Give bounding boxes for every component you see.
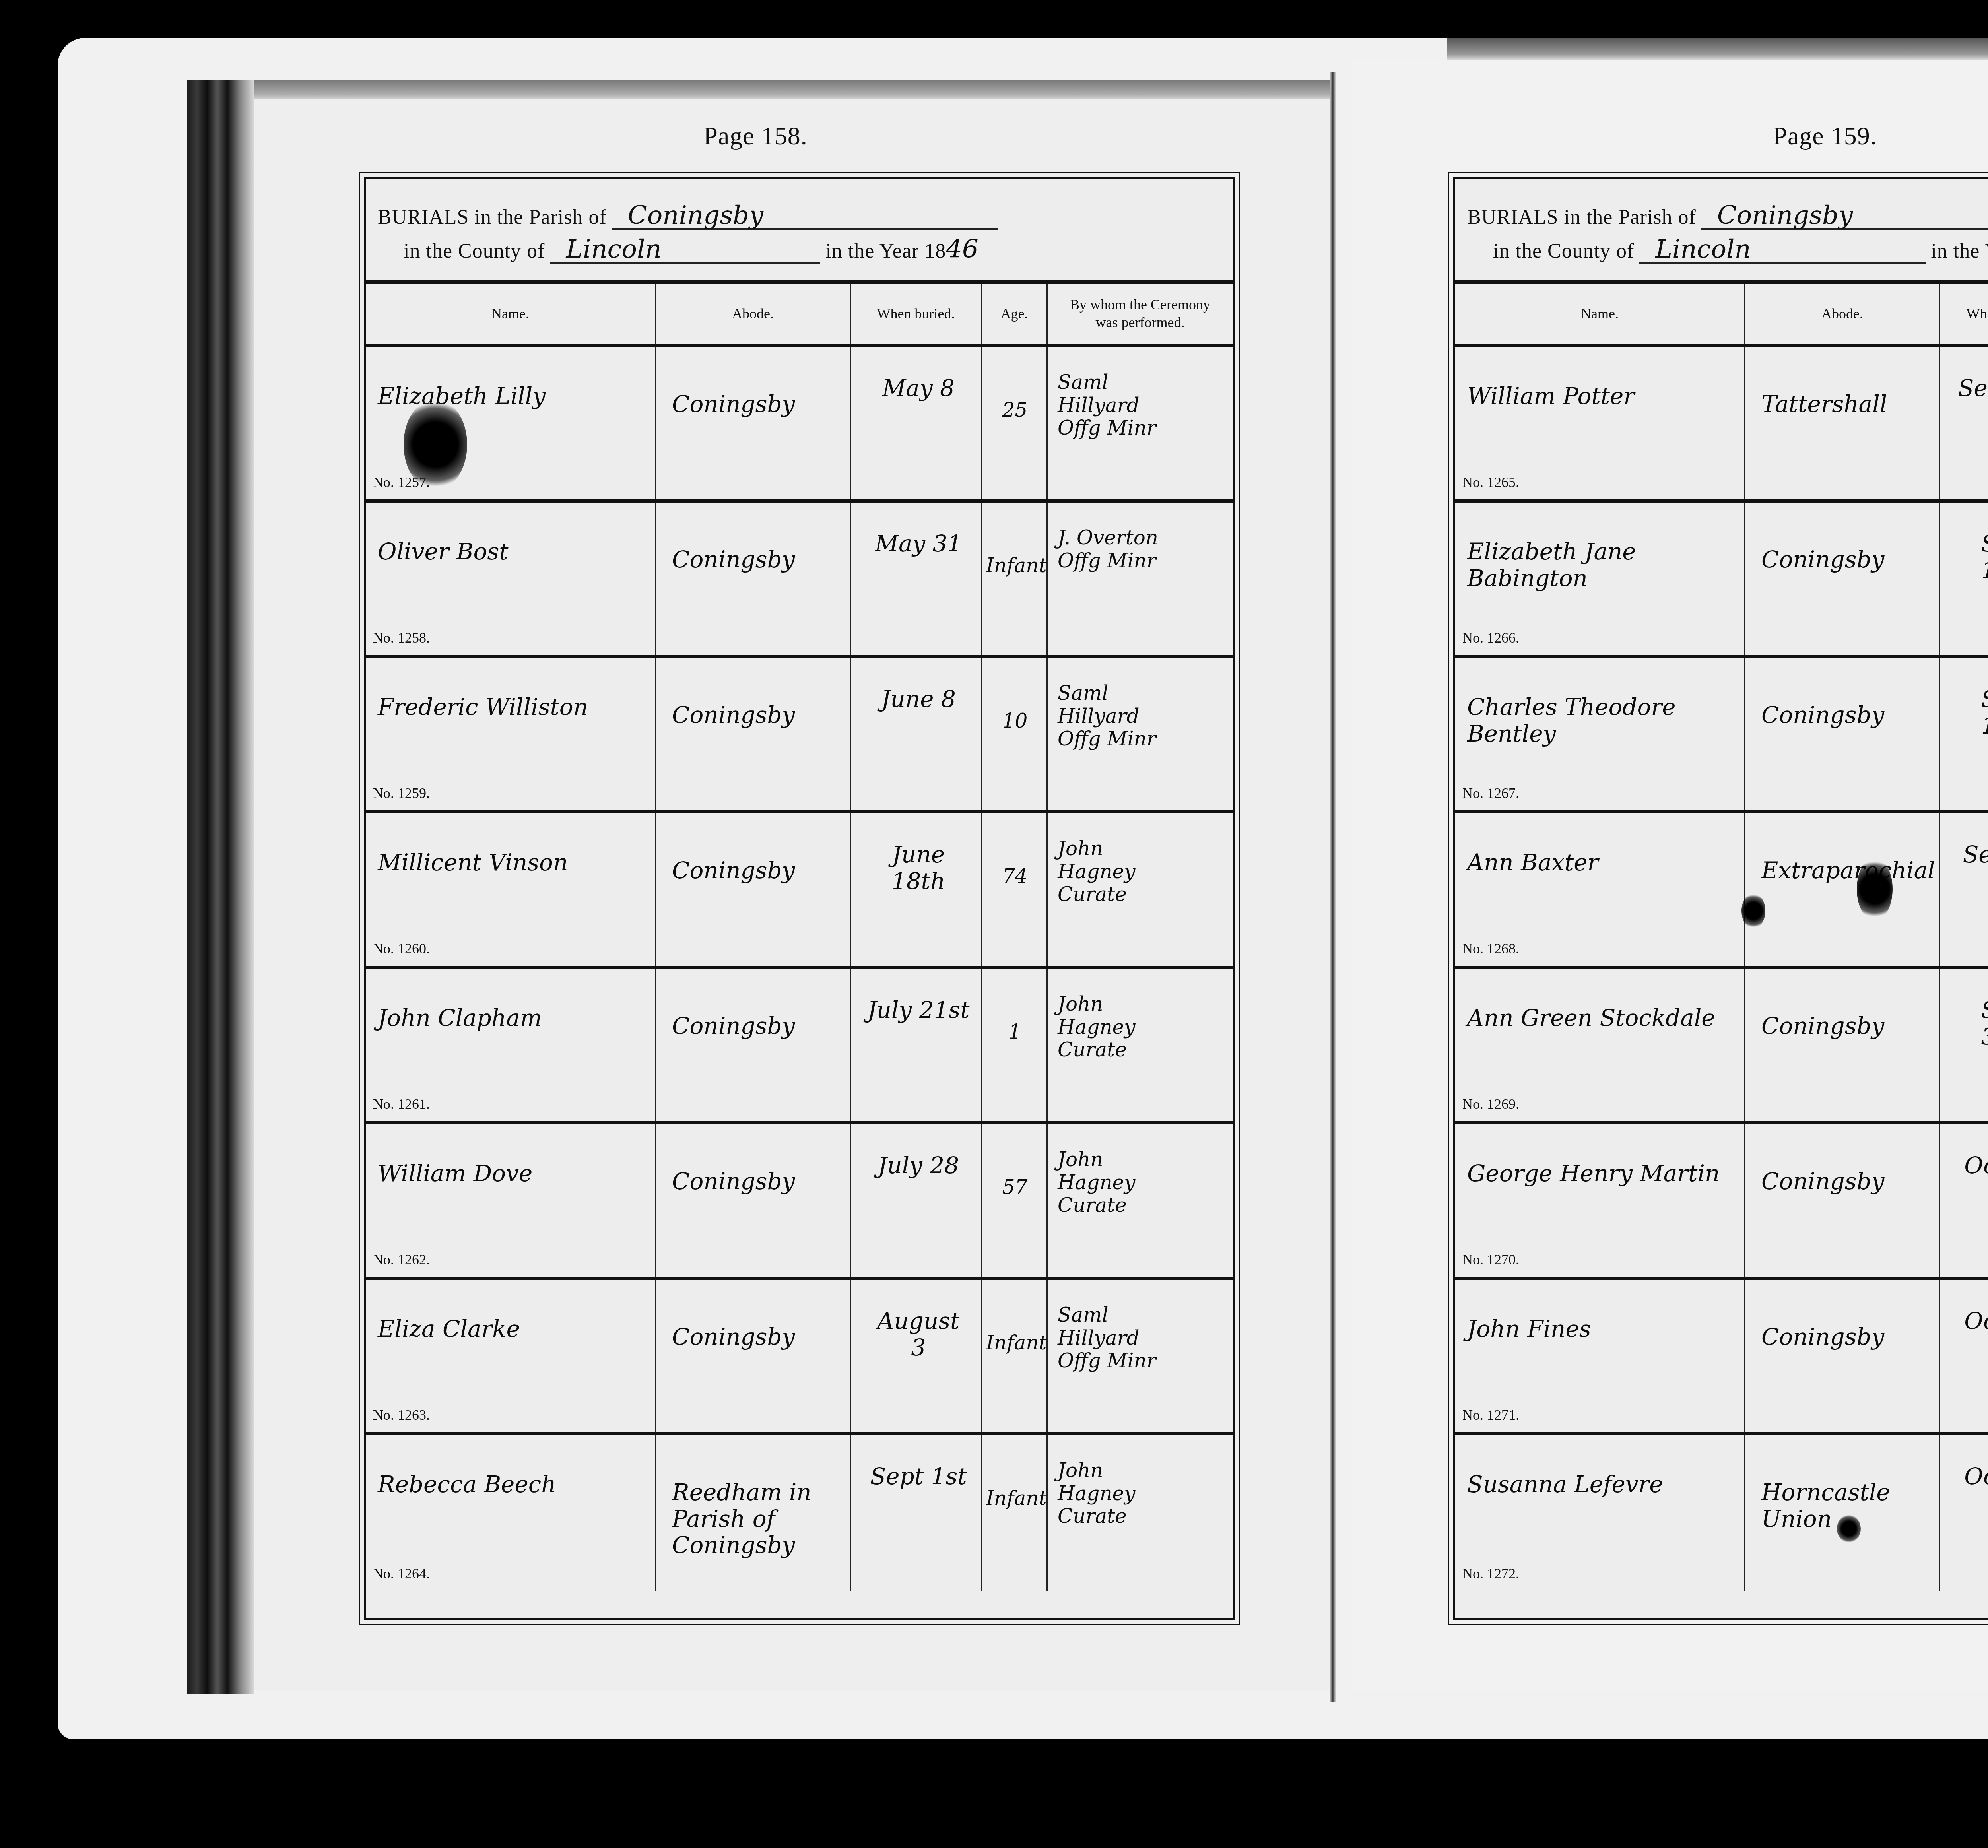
entry-abode: Coningsby — [1761, 702, 1932, 728]
year-label: in the Year 18 — [825, 240, 946, 262]
entry-abode: Coningsby — [672, 1168, 843, 1195]
table-row: Ann Green StockdaleNo. 1269. Coningsby S… — [1455, 969, 1988, 1124]
entry-name: William Dove — [378, 1160, 648, 1187]
right-page: Page 159. BURIALS in the Parish of Conin… — [1352, 60, 1988, 1690]
entry-officiant: J. Overton Offg Minr — [1058, 526, 1165, 572]
entry-officiant: John Hagney Curate — [1058, 1459, 1165, 1528]
entry-number: No. 1260. — [373, 940, 430, 957]
county-label: in the County of — [1493, 240, 1634, 262]
burials-label: BURIALS in the Parish of — [1467, 206, 1696, 229]
entry-when-buried: May 8 — [867, 375, 970, 402]
book-gutter — [1330, 72, 1336, 1702]
entry-number: No. 1264. — [373, 1565, 430, 1582]
entry-officiant: John Hagney Curate — [1058, 837, 1165, 906]
entry-abode: Coningsby — [1761, 1324, 1932, 1350]
table-row: Charles Theodore BentleyNo. 1267. Coning… — [1455, 658, 1988, 813]
county-field: Lincoln — [1639, 237, 1926, 264]
entry-name: Susanna Lefevre — [1467, 1471, 1738, 1498]
table-row: Elizabeth Jane BabingtonNo. 1266. Coning… — [1455, 503, 1988, 658]
entry-number: No. 1272. — [1462, 1565, 1519, 1582]
entry-abode: Coningsby — [1761, 1168, 1932, 1195]
county-label: in the County of — [404, 240, 545, 262]
entry-age: 25 — [986, 399, 1044, 422]
table-row: William DoveNo. 1262. Coningsby July 28 … — [366, 1124, 1233, 1280]
entry-abode: Extraparochial — [1761, 857, 1932, 884]
entry-age: 1 — [986, 1021, 1044, 1044]
col-abode: Abode. — [1745, 284, 1940, 344]
book-top-edge-right — [1447, 38, 1988, 62]
entry-abode: Coningsby — [672, 1324, 843, 1350]
table-row: John FinesNo. 1271. Coningsby Oct 5th In… — [1455, 1280, 1988, 1435]
entry-abode: Coningsby — [1761, 1013, 1932, 1039]
entry-number: No. 1269. — [1462, 1096, 1519, 1112]
entry-age: Infant — [986, 554, 1044, 577]
table-row: Rebecca BeechNo. 1264. Reedham in Parish… — [366, 1435, 1233, 1591]
column-headers: Name. Abode. When buried. Age. By whom t… — [1455, 284, 1988, 347]
entry-abode: Reedham in Parish of Coningsby — [672, 1479, 843, 1559]
entry-abode: Coningsby — [672, 546, 843, 573]
register-rows: Elizabeth LillyNo. 1257. Coningsby May 8… — [366, 347, 1233, 1618]
entry-name: Charles Theodore Bentley — [1467, 694, 1738, 747]
table-row: William PotterNo. 1265. Tattershall Sept… — [1455, 347, 1988, 503]
table-row: George Henry MartinNo. 1270. Coningsby O… — [1455, 1124, 1988, 1280]
entry-when-buried: June 8 — [867, 686, 970, 712]
county-field: Lincoln — [550, 237, 820, 264]
entry-name: Millicent Vinson — [378, 849, 648, 876]
entry-when-buried: July 28 — [867, 1152, 970, 1179]
entry-name: Elizabeth Jane Babington — [1467, 538, 1738, 591]
entry-when-buried: Oct 4th — [1956, 1152, 1988, 1179]
entry-when-buried: Sept 7th — [1956, 375, 1988, 402]
entry-officiant: Saml Hillyard Offg Minr — [1058, 1304, 1165, 1372]
register-header: BURIALS in the Parish of Coningsby in th… — [1455, 179, 1988, 284]
burials-label: BURIALS in the Parish of — [378, 206, 607, 229]
burial-register-table: BURIALS in the Parish of Coningsby in th… — [1453, 177, 1988, 1620]
entry-when-buried: Oct 8th — [1956, 1463, 1988, 1490]
parish-field: Coningsby — [1701, 203, 1988, 230]
entry-number: No. 1263. — [373, 1407, 430, 1423]
entry-name: John Fines — [1467, 1316, 1738, 1342]
entry-when-buried: June 18th — [867, 841, 970, 894]
entry-age: 57 — [986, 1176, 1044, 1199]
entry-number: No. 1266. — [1462, 629, 1519, 646]
table-row: Eliza ClarkeNo. 1263. Coningsby August 3… — [366, 1280, 1233, 1435]
year-label: in the Year 18 — [1931, 240, 1988, 262]
entry-age: Infant — [986, 1487, 1044, 1510]
entry-officiant: John Hagney Curate — [1058, 993, 1165, 1062]
entry-officiant: Saml Hillyard Offg Minr — [1058, 371, 1165, 440]
table-row: Frederic WillistonNo. 1259. Coningsby Ju… — [366, 658, 1233, 813]
entry-name: Oliver Bost — [378, 538, 648, 565]
entry-name: George Henry Martin — [1467, 1160, 1738, 1187]
col-name: Name. — [366, 284, 656, 344]
entry-number: No. 1270. — [1462, 1251, 1519, 1268]
table-row: John ClaphamNo. 1261. Coningsby July 21s… — [366, 969, 1233, 1124]
entry-number: No. 1262. — [373, 1251, 430, 1268]
entry-number: No. 1267. — [1462, 785, 1519, 802]
col-abode: Abode. — [656, 284, 851, 344]
page-number: Page 158. — [557, 121, 954, 151]
entry-name: Frederic Williston — [378, 694, 648, 720]
entry-number: No. 1259. — [373, 785, 430, 802]
ink-blot — [1857, 857, 1893, 921]
parish-field: Coningsby — [612, 203, 998, 230]
year-suffix: 46 — [946, 235, 978, 264]
entry-abode: Coningsby — [672, 1013, 843, 1039]
entry-when-buried: Sept 16th — [1956, 530, 1988, 583]
entry-when-buried: Sept 22 — [1956, 841, 1988, 868]
left-page: Page 158. BURIALS in the Parish of Conin… — [254, 99, 1336, 1690]
entry-when-buried: May 31 — [867, 530, 970, 557]
entry-abode: Coningsby — [672, 702, 843, 728]
entry-abode: Coningsby — [672, 391, 843, 417]
table-row: Millicent VinsonNo. 1260. Coningsby June… — [366, 813, 1233, 969]
register-header: BURIALS in the Parish of Coningsby in th… — [366, 179, 1233, 284]
entry-number: No. 1271. — [1462, 1407, 1519, 1423]
entry-number: No. 1268. — [1462, 940, 1519, 957]
entry-abode: Coningsby — [672, 857, 843, 884]
entry-number: No. 1257. — [373, 474, 430, 491]
entry-number: No. 1265. — [1462, 474, 1519, 491]
entry-number: No. 1261. — [373, 1096, 430, 1112]
col-when-buried: When buried. — [851, 284, 982, 344]
entry-name: Ann Green Stockdale — [1467, 1005, 1738, 1031]
table-row: Elizabeth LillyNo. 1257. Coningsby May 8… — [366, 347, 1233, 503]
entry-name: William Potter — [1467, 383, 1738, 410]
page-number: Page 159. — [1626, 121, 1988, 151]
table-row: Ann BaxterNo. 1268. Extraparochial Sept … — [1455, 813, 1988, 969]
col-officiant: By whom the Ceremonywas performed. — [1048, 284, 1233, 344]
entry-age: 74 — [986, 865, 1044, 888]
table-row: Susanna LefevreNo. 1272. Horncastle Unio… — [1455, 1435, 1988, 1591]
table-row: Oliver BostNo. 1258. Coningsby May 31 In… — [366, 503, 1233, 658]
entry-when-buried: July 21st — [867, 997, 970, 1023]
entry-abode: Tattershall — [1761, 391, 1932, 417]
entry-name: Rebecca Beech — [378, 1471, 648, 1498]
entry-officiant: Saml Hillyard Offg Minr — [1058, 682, 1165, 751]
entry-when-buried: Sept 30th — [1956, 997, 1988, 1050]
entry-officiant: John Hagney Curate — [1058, 1148, 1165, 1217]
ink-blot — [1837, 1515, 1861, 1543]
col-age: Age. — [982, 284, 1048, 344]
col-when-buried: When buried. — [1940, 284, 1988, 344]
entry-age: Infant — [986, 1332, 1044, 1355]
col-name: Name. — [1455, 284, 1745, 344]
entry-when-buried: Sept 16th — [1956, 686, 1988, 739]
register-rows: William PotterNo. 1265. Tattershall Sept… — [1455, 347, 1988, 1618]
burial-register-table: BURIALS in the Parish of Coningsby in th… — [364, 177, 1235, 1620]
entry-abode: Coningsby — [1761, 546, 1932, 573]
entry-age: 10 — [986, 710, 1044, 733]
entry-number: No. 1258. — [373, 629, 430, 646]
entry-when-buried: Oct 5th — [1956, 1308, 1988, 1334]
entry-when-buried: Sept 1st — [867, 1463, 970, 1490]
column-headers: Name. Abode. When buried. Age. By whom t… — [366, 284, 1233, 347]
entry-name: Ann Baxter — [1467, 849, 1738, 876]
entry-when-buried: August 3 — [867, 1308, 970, 1361]
entry-name: Eliza Clarke — [378, 1316, 648, 1342]
entry-name: John Clapham — [378, 1005, 648, 1031]
book-page-stack-left — [187, 80, 254, 1694]
